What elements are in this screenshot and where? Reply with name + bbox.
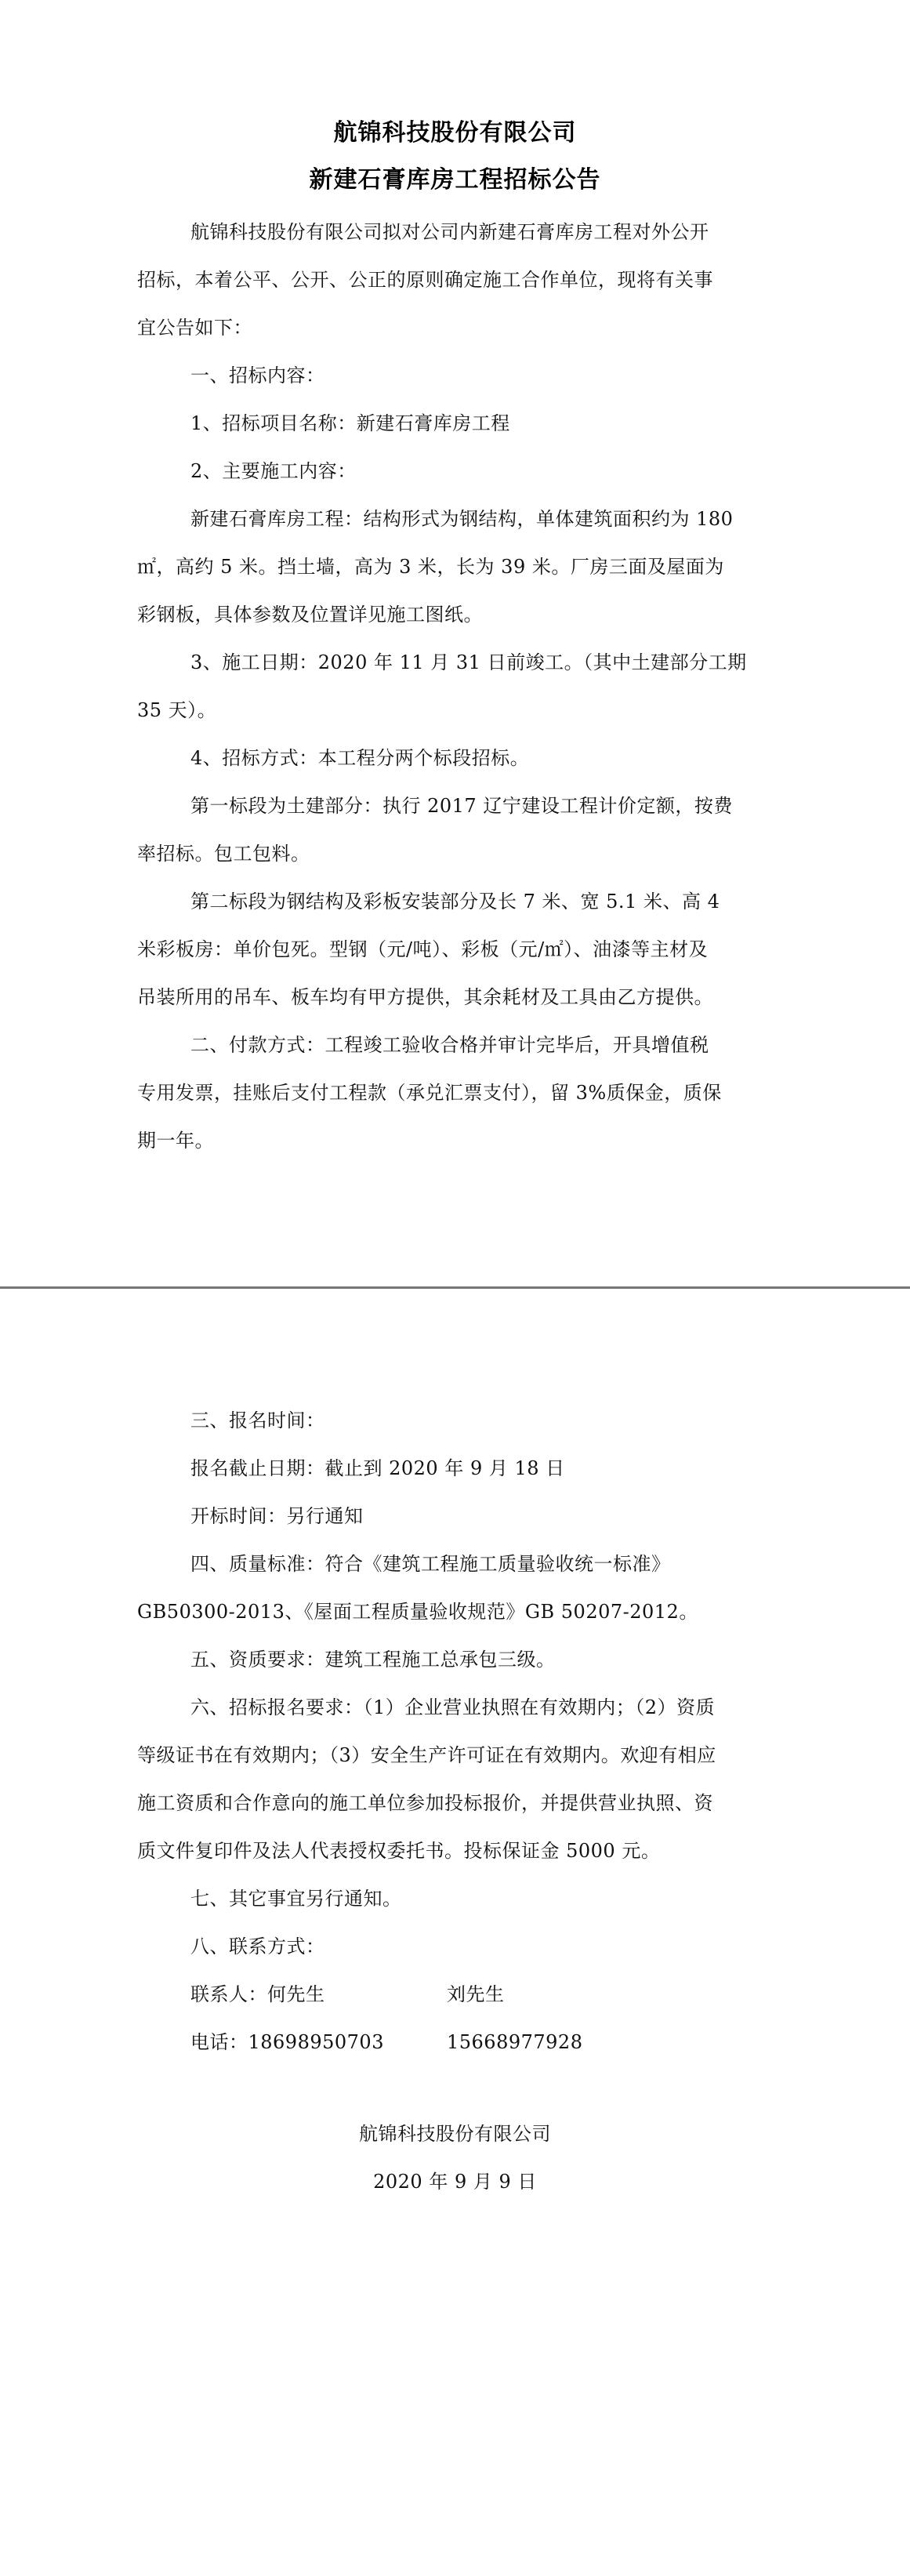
paragraph-line: GB50300-2013、《屋面工程质量验收规范》GB 50207-2012。 xyxy=(137,1598,776,1625)
contact-phone-1: 电话：18698950703 xyxy=(190,2031,384,2053)
paragraph-line: 1、招标项目名称：新建石膏库房工程 xyxy=(190,410,776,437)
page-separator xyxy=(0,1286,910,1289)
paragraph-line: 35 天）。 xyxy=(137,697,776,724)
section-heading-1: 一、招标内容： xyxy=(190,362,776,389)
paragraph-line: 期一年。 xyxy=(137,1127,776,1154)
contact-phone-row: 电话：18698950703 15668977928 xyxy=(190,2029,776,2055)
document-page-2: 三、报名时间： 报名截止日期：截止到 2020 年 9 月 18 日 开标时间：… xyxy=(0,1290,910,2576)
paragraph-line: 招标，本着公平、公开、公正的原则确定施工合作单位，现将有关事 xyxy=(137,267,776,293)
paragraph-line: 3、施工日期：2020 年 11 月 31 日前竣工。（其中土建部分工期 xyxy=(190,649,776,676)
paragraph-line: 2、主要施工内容： xyxy=(190,458,776,484)
paragraph-line: 质文件复印件及法人代表授权委托书。投标保证金 5000 元。 xyxy=(137,1838,776,1864)
paragraph-line: 宜公告如下： xyxy=(137,314,776,341)
paragraph-line: 第一标段为土建部分：执行 2017 辽宁建设工程计价定额，按费 xyxy=(190,793,776,819)
section-heading-3: 三、报名时间： xyxy=(190,1407,776,1434)
paragraph-line: ㎡，高约 5 米。挡土墙，高为 3 米，长为 39 米。厂房三面及屋面为 xyxy=(137,553,776,580)
notice-title: 新建石膏库房工程招标公告 xyxy=(0,165,910,196)
paragraph-line: 开标时间：另行通知 xyxy=(190,1503,776,1529)
section-heading-5: 五、资质要求：建筑工程施工总承包三级。 xyxy=(190,1646,776,1673)
contact-person-row: 联系人：何先生 刘先生 xyxy=(190,1981,776,2008)
contact-person-2: 刘先生 xyxy=(447,1981,505,2008)
section-heading-2: 二、付款方式：工程竣工验收合格并审计完毕后，开具增值税 xyxy=(190,1032,776,1058)
paragraph-line: 报名截止日期：截止到 2020 年 9 月 18 日 xyxy=(190,1455,776,1482)
paragraph-line: 率招标。包工包料。 xyxy=(137,840,776,867)
section-heading-6: 六、招标报名要求：（1）企业营业执照在有效期内；（2）资质 xyxy=(190,1694,776,1721)
section-heading-4: 四、质量标准：符合《建筑工程施工质量验收统一标准》 xyxy=(190,1551,776,1577)
paragraph-line: 彩钢板，具体参数及位置详见施工图纸。 xyxy=(137,601,776,628)
paragraph-line: 米彩板房：单价包死。型钢（元/吨）、彩板（元/㎡）、油漆等主材及 xyxy=(137,936,776,963)
signature-date: 2020 年 9 月 9 日 xyxy=(0,2168,910,2195)
paragraph-line: 吊装所用的吊车、板车均有甲方提供，其余耗材及工具由乙方提供。 xyxy=(137,984,776,1010)
contact-person-1: 联系人：何先生 xyxy=(190,1983,325,2005)
paragraph-line: 等级证书在有效期内；（3）安全生产许可证在有效期内。欢迎有相应 xyxy=(137,1742,776,1769)
paragraph-line: 新建石膏库房工程：结构形式为钢结构，单体建筑面积约为 180 xyxy=(190,506,776,532)
paragraph-line: 第二标段为钢结构及彩板安装部分及长 7 米、宽 5.1 米、高 4 xyxy=(190,888,776,915)
paragraph-line: 专用发票，挂账后支付工程款（承兑汇票支付），留 3%质保金，质保 xyxy=(137,1079,776,1106)
paragraph-line: 4、招标方式：本工程分两个标段招标。 xyxy=(190,745,776,771)
section-heading-8: 八、联系方式： xyxy=(190,1933,776,1960)
paragraph-line: 施工资质和合作意向的施工单位参加投标报价，并提供营业执照、资 xyxy=(137,1790,776,1816)
contact-phone-2: 15668977928 xyxy=(447,2029,582,2055)
signature-company: 航锦科技股份有限公司 xyxy=(0,2121,910,2147)
company-title: 航锦科技股份有限公司 xyxy=(0,118,910,149)
paragraph-line: 航锦科技股份有限公司拟对公司内新建石膏库房工程对外公开 xyxy=(190,219,776,245)
document-page-1: 航锦科技股份有限公司 新建石膏库房工程招标公告 航锦科技股份有限公司拟对公司内新… xyxy=(0,0,910,1286)
section-heading-7: 七、其它事宜另行通知。 xyxy=(190,1885,776,1912)
